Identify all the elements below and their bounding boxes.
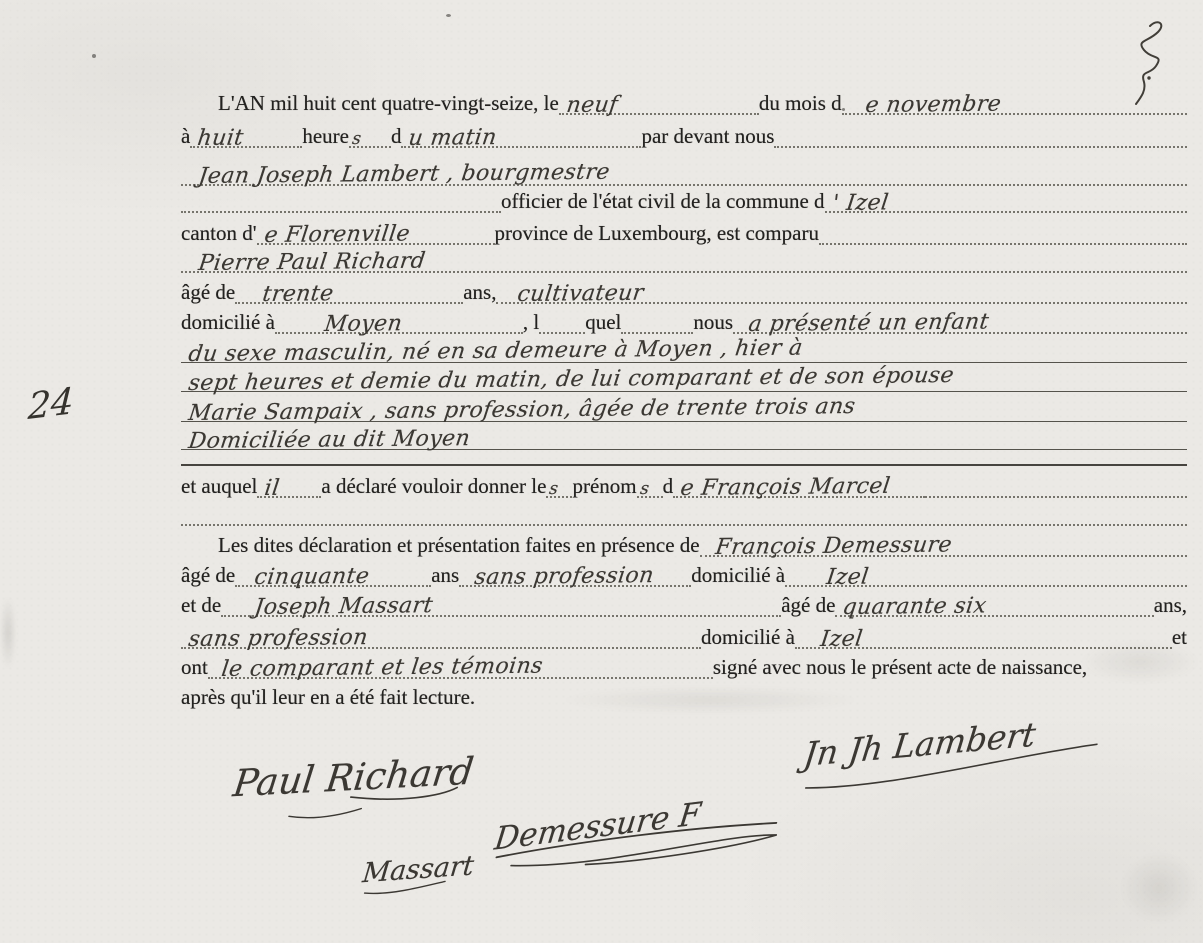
printed-declare: a déclaré vouloir donner le: [321, 475, 546, 498]
handwritten-declarant-residence: Moyen: [323, 311, 404, 337]
handwritten-witness2-name: Joseph Massart: [253, 593, 434, 620]
signature-witness1: Demessure F: [489, 786, 785, 885]
field-lequel-blank: [539, 306, 585, 334]
printed-lequel-l: , l: [523, 311, 539, 334]
field-witness2-name: Joseph Massart: [221, 589, 781, 617]
field-month: e novembre: [842, 87, 1187, 115]
form-line-officer-title: officier de l'état civil de la commune d…: [181, 187, 1187, 213]
field-hour-plural: s: [349, 120, 391, 148]
field-blank-comparu: [819, 217, 1187, 245]
dotted-separator: [181, 524, 1187, 526]
printed-w2-age-label: âgé de: [781, 594, 835, 617]
form-line-declarant-name: Pierre Paul Richard: [181, 247, 1187, 273]
handwritten-witness1-name: François Demessure: [714, 533, 954, 560]
field-child-line4: Domiciliée au dit Moyen: [181, 423, 1187, 450]
printed-d: d: [391, 125, 402, 148]
field-officer-name: Jean Joseph Lambert , bourgmestre: [181, 158, 1187, 186]
form-line-child-2: sept heures et demie du matin, de lui co…: [181, 366, 1187, 392]
field-child-line2: sept heures et demie du matin, de lui co…: [181, 365, 1187, 392]
handwritten-child-line3: Marie Sampaix , sans profession, âgée de…: [187, 394, 857, 426]
printed-auquel: et auquel: [181, 475, 257, 498]
printed-year-intro: L'AN mil huit cent quatre-vingt-seize, l…: [218, 92, 559, 115]
printed-at: à: [181, 125, 190, 148]
field-canton: e Florenville: [257, 217, 495, 245]
form-line-lecture: après qu'il leur en a été fait lecture.: [181, 683, 1187, 709]
handwritten-child-line1: du sexe masculin, né en sa demeure à Moy…: [187, 336, 804, 367]
form-line-canton: canton d' e Florenville province de Luxe…: [181, 219, 1187, 245]
field-declarant-profession: cultivateur: [496, 276, 1187, 304]
printed-officer-title: officier de l'état civil de la commune d: [501, 190, 825, 213]
field-child-line1: du sexe masculin, né en sa demeure à Moy…: [181, 336, 1187, 363]
printed-residence-label: domicilié à: [181, 311, 275, 334]
field-given-names: e François Marcel: [673, 470, 925, 498]
handwritten-day: neuf: [565, 92, 619, 118]
handwritten-child-line4: Domiciliée au dit Moyen: [187, 426, 472, 454]
field-witness2-profession: sans profession: [181, 621, 701, 649]
field-plural1: s: [546, 470, 572, 498]
signature-witness2: Massart: [360, 850, 484, 900]
form-line-witness2-details: sans profession domicilié à Izel et: [181, 623, 1187, 649]
printed-before-us: par devant nous: [641, 125, 774, 148]
field-witness1-name: François Demessure: [700, 529, 1187, 557]
scan-speck: [446, 14, 451, 17]
field-time-of-day: u matin: [401, 120, 641, 148]
printed-province-line: province de Luxembourg, est comparu: [495, 222, 819, 245]
handwritten-declarant-profession: cultivateur: [516, 281, 645, 307]
handwritten-witness2-residence: Izel: [819, 627, 864, 652]
handwritten-witness1-profession: sans profession: [473, 563, 655, 590]
field-witness2-age: quarante six: [835, 589, 1153, 617]
form-line-signatories: ont le comparant et les témoins signé av…: [181, 653, 1187, 679]
handwritten-plural1: s: [548, 479, 560, 499]
form-line-child-4: Domiciliée au dit Moyen: [181, 424, 1187, 450]
printed-prenom: prénom: [572, 475, 636, 498]
field-hour: huit: [190, 120, 302, 148]
handwritten-witness2-age: quarante six: [841, 593, 988, 620]
handwritten-child-line2: sept heures et demie du matin, de lui co…: [187, 363, 956, 396]
signature-officer: Jn Jh Lambert: [799, 708, 1105, 796]
handwritten-witness1-residence: Izel: [825, 565, 870, 590]
field-plural2: s: [637, 470, 663, 498]
field-witness2-residence: Izel: [795, 621, 1172, 649]
scanned-birth-record-page: 24 L'AN mil huit cent quatre-vingt-seize…: [0, 0, 1203, 943]
handwritten-commune: ' Izel: [831, 190, 890, 216]
printed-d2: d: [663, 475, 674, 498]
form-line-child-3: Marie Sampaix , sans profession, âgée de…: [181, 396, 1187, 422]
handwritten-time-of-day: u matin: [407, 125, 498, 151]
handwritten-given-names: e François Marcel: [679, 474, 892, 501]
form-line-child-1: du sexe masculin, né en sa demeure à Moy…: [181, 337, 1187, 363]
form-line-year: L'AN mil huit cent quatre-vingt-seize, l…: [181, 89, 1187, 115]
field-child-line3: Marie Sampaix , sans profession, âgée de…: [181, 395, 1187, 422]
printed-w2-res-label: domicilié à: [701, 626, 795, 649]
form-line-witness1-details: âgé de cinquante ans sans profession dom…: [181, 561, 1187, 587]
printed-hour-label: heure: [302, 125, 349, 148]
form-line-witness-intro: Les dites déclaration et présentation fa…: [181, 531, 1187, 557]
printed-signed-line: signé avec nous le présent acte de naiss…: [713, 656, 1087, 679]
field-signatories: le comparant et les témoins: [208, 651, 713, 679]
handwritten-witness1-age: cinquante: [253, 564, 371, 590]
field-blank-title: [181, 185, 501, 213]
handwritten-hour: huit: [196, 126, 245, 151]
section-rule: [181, 464, 1187, 466]
printed-w2-ans: ans,: [1154, 594, 1187, 617]
handwritten-hour-plural: s: [351, 129, 363, 149]
form-line-hour: à huit heure s d u matin par devant nous: [181, 122, 1187, 148]
printed-ont: ont: [181, 656, 208, 679]
printed-witness-intro: Les dites déclaration et présentation fa…: [218, 534, 700, 557]
field-blank-after-names: [925, 470, 1187, 498]
handwritten-plural2: s: [639, 479, 651, 499]
handwritten-declarant-age: trente: [261, 281, 335, 307]
field-declarant-age: trente: [235, 276, 463, 304]
handwritten-witness2-profession: sans profession: [187, 625, 369, 652]
printed-canton-label: canton d': [181, 222, 257, 245]
printed-ans: ans: [431, 564, 459, 587]
margin-act-number: 24: [27, 381, 75, 428]
field-pronoun: il: [257, 470, 321, 498]
printed-et-de: et de: [181, 594, 221, 617]
form-line-given-names: et auquel il a déclaré vouloir donner le…: [181, 472, 1187, 498]
form-line-declarant-residence: domicilié à Moyen , l quel nous a présen…: [181, 308, 1187, 334]
field-blank-small: [621, 306, 693, 334]
handwritten-declarant-name: Pierre Paul Richard: [197, 249, 427, 276]
form-line-officer-name: Jean Joseph Lambert , bourgmestre: [181, 160, 1187, 186]
bleedthrough-smudge: [1120, 852, 1198, 924]
printed-ans-label: ans,: [463, 281, 496, 304]
printed-age-label: âgé de: [181, 281, 235, 304]
printed-lequel-suffix: quel: [585, 311, 621, 334]
form-line-declarant-age: âgé de trente ans, cultivateur: [181, 278, 1187, 304]
signature-declarant: Paul Richard: [228, 749, 476, 825]
field-day: neuf: [559, 87, 759, 115]
scan-speck: [92, 54, 96, 58]
handwritten-presentation: a présenté un enfant: [747, 309, 990, 337]
scan-speck: [842, 108, 845, 111]
printed-w1-res-label: domicilié à: [691, 564, 785, 587]
printed-nous: nous: [693, 311, 733, 334]
field-declarant-residence: Moyen: [275, 306, 523, 334]
field-presentation: a présenté un enfant: [733, 306, 1187, 334]
printed-month-prefix: du mois d: [759, 92, 842, 115]
handwritten-pronoun: il: [263, 476, 281, 501]
form-line-witness2-name: et de Joseph Massart âgé de quarante six…: [181, 591, 1187, 617]
field-declarant-name: Pierre Paul Richard: [181, 245, 1187, 273]
field-witness1-residence: Izel: [785, 559, 1187, 587]
handwritten-signatories: le comparant et les témoins: [220, 654, 544, 682]
printed-w1-age-label: âgé de: [181, 564, 235, 587]
printed-lecture-line: après qu'il leur en a été fait lecture.: [181, 686, 475, 709]
field-witness1-age: cinquante: [235, 559, 431, 587]
field-blank-before-us: [774, 120, 1187, 148]
field-witness1-profession: sans profession: [459, 559, 691, 587]
bleedthrough-smudge: [0, 596, 16, 670]
printed-et: et: [1172, 626, 1187, 649]
field-commune: ' Izel: [825, 185, 1187, 213]
handwritten-month: e novembre: [864, 92, 1003, 118]
